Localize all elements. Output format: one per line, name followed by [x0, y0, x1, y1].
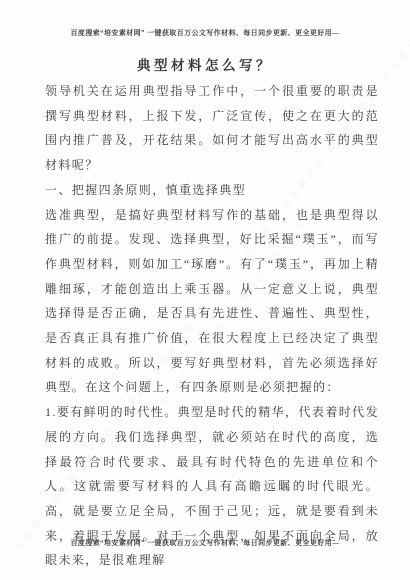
promo-banner-bottom: 百度搜索“培安素材网” 一键获取百万公文写作材料、每日同步更新、更全更好用— — [0, 538, 410, 548]
document-title: 典型材料怎么写？ — [0, 54, 410, 74]
promo-banner-top: 百度搜索“培安素材网” 一键获取百万公文写作材料、每日同步更新、更全更好用— — [0, 28, 410, 38]
section-heading: 一、把握四条原则，慎重选择典型 — [45, 178, 379, 203]
paragraph-principles: 选准典型，是搞好典型材料写作的基础，也是典型得以推广的前提。发现、选择典型，好比… — [45, 203, 379, 401]
document-page: 百度搜索“培安素材网” 一键获取百万公文写作材料、每日同步更新、更全更好用— 典… — [0, 0, 410, 580]
paragraph-intro: 领导机关在运用典型指导工作中，一个很重要的职责是撰写典型材料，上报下发，广泛宣传… — [45, 79, 379, 178]
article-body: 领导机关在运用典型指导工作中，一个很重要的职责是撰写典型材料，上报下发，广泛宣传… — [45, 79, 379, 573]
